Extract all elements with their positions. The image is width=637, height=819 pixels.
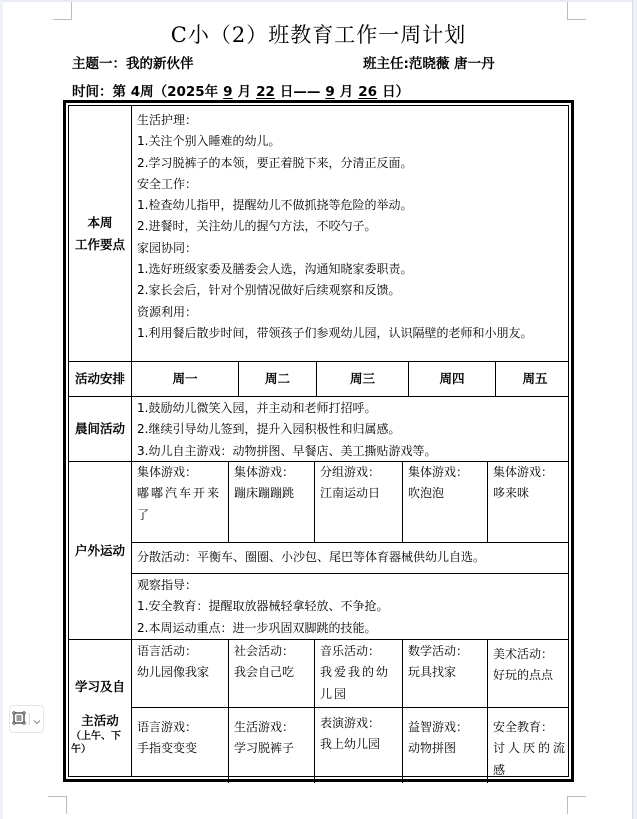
activity-type: 美术活动： (493, 644, 574, 665)
game-type: 集体游戏： (408, 462, 487, 483)
learning-mon-2: 语言游戏： 手指变变变 (132, 717, 228, 760)
margin-corner-mark (567, 796, 586, 814)
activity-type: 音乐活动： (320, 641, 399, 662)
activity-type: 益智游戏： (408, 717, 487, 738)
activity-name: 好玩的点点 (493, 665, 574, 686)
guidance-line: 观察指导： (137, 575, 568, 596)
guidance-line: 2.本周运动重点：进一步巩固双脚跳的技能。 (137, 618, 568, 639)
focus-line: 1.选好班级家委及膳委会人选，沟通知晓家委职责。 (137, 259, 568, 280)
outdoor-game-tuesday: 集体游戏： 蹦床蹦蹦跳 (229, 462, 314, 505)
activity-name: 我爱我的幼儿园 (320, 662, 399, 705)
theme-line: 主题一：我的新伙伴 (72, 52, 194, 72)
page-left-margin (0, 0, 3, 819)
learning-thu-1: 数学活动： 玩具找家 (403, 641, 487, 684)
row-divider (69, 639, 568, 640)
teacher-names: 范晓薇 唐一丹 (409, 56, 495, 72)
activity-type: 语言活动： (137, 641, 228, 662)
focus-line: 生活护理： (137, 110, 568, 131)
chevron-down-icon[interactable] (33, 710, 41, 729)
outdoor-game-friday: 集体游戏： 哆来咪 (488, 462, 574, 505)
schedule-label: 活动安排 (69, 362, 131, 396)
outdoor-game-wednesday: 分组游戏： 江南运动日 (315, 462, 402, 505)
weekly-focus-content: 生活护理： 1.关注个别入睡难的幼儿。 2.学习脱裤子的本领，要正着脱下来，分清… (132, 110, 568, 344)
focus-line: 1.检查幼儿指甲，提醒幼儿不做抓挠等危险的举动。 (137, 195, 568, 216)
day-thursday: 周四 (409, 362, 495, 396)
morning-line: 3.幼儿自主游戏：动物拼图、早餐店、美工撕贴游戏等。 (137, 441, 568, 462)
focus-line: 2.学习脱裤子的本领，要正着脱下来，分清正反面。 (137, 153, 568, 174)
row-divider (131, 573, 568, 574)
theme-label: 主题一： (72, 56, 126, 72)
theme-value: 我的新伙伴 (126, 56, 194, 72)
focus-line: 1.关注个别入睡难的幼儿。 (137, 131, 568, 152)
activity-type: 语言游戏： (137, 717, 228, 738)
outdoor-game-monday: 集体游戏： 嘟嘟汽车开来了 (132, 462, 228, 526)
end-day: 26 (353, 84, 382, 100)
activity-name: 学习脱裤子 (234, 738, 314, 759)
table-layout-button[interactable] (9, 705, 44, 733)
game-type: 集体游戏： (234, 462, 314, 483)
label-line: 主活动 (69, 710, 131, 731)
focus-line: 家园协同： (137, 238, 568, 259)
learning-mon-1: 语言活动： 幼儿园像我家 (132, 641, 228, 684)
table-frame-icon (12, 710, 26, 729)
activity-name: 我会自己吃 (234, 662, 314, 683)
label-line: 工作要点 (75, 234, 125, 256)
row-divider (131, 542, 568, 543)
teacher-label: 班主任: (363, 56, 409, 72)
morning-line: 1.鼓励幼儿微笑入园，并主动和老师打招呼。 (137, 398, 568, 419)
morning-line: 2.继续引导幼儿签到，提升入园积极性和归属感。 (137, 419, 568, 440)
game-type: 集体游戏： (137, 462, 224, 483)
activity-name: 幼儿园像我家 (137, 662, 228, 683)
game-type: 分组游戏： (320, 462, 402, 483)
learning-tue-1: 社会活动： 我会自己吃 (229, 641, 314, 684)
range-separator: 日—— (280, 84, 321, 100)
teacher-line: 班主任:范晓薇 唐一丹 (363, 52, 495, 72)
outdoor-guidance: 观察指导： 1.安全教育：提醒取放器械轻拿轻放、不争抢。 2.本周运动重点：进一… (132, 575, 568, 639)
margin-corner-mark (567, 2, 586, 20)
weekly-plan-table: 本周 工作要点 生活护理： 1.关注个别入睡难的幼儿。 2.学习脱裤子的本领，要… (63, 100, 574, 782)
activity-type: 数学活动： (408, 641, 487, 662)
day-monday: 周一 (132, 362, 238, 396)
game-name: 哆来咪 (493, 483, 574, 504)
activity-name: 玩具找家 (408, 662, 487, 683)
focus-line: 1.利用餐后散步时间，带领孩子们参观幼儿园，认识隔壁的老师和小朋友。 (137, 323, 568, 344)
app-top-strip (0, 0, 637, 2)
focus-line: 2.家长会后，针对个别情况做好后续观察和反馈。 (137, 280, 568, 301)
day-tuesday: 周二 (239, 362, 316, 396)
activity-name: 动物拼图 (408, 738, 487, 759)
end-month: 9 (320, 84, 339, 100)
button-separator (29, 713, 30, 725)
activity-type: 安全教育： (493, 717, 570, 738)
row-divider (69, 396, 568, 397)
label-note: （上午、下午） (71, 730, 129, 756)
learning-wed-1: 音乐活动： 我爱我的幼儿园 (315, 641, 402, 705)
game-name: 蹦床蹦蹦跳 (234, 483, 314, 504)
time-prefix: 时间：第 4周（2025年 (72, 84, 218, 100)
outdoor-free-play: 分散活动：平衡车、圈圈、小沙包、尾巴等体育器械供幼儿自选。 (132, 547, 568, 568)
month-char: 月 (238, 84, 252, 100)
learning-label: 学习及自 主活动 （上午、下午） (69, 640, 131, 782)
month-char: 月 (340, 84, 354, 100)
start-month: 9 (218, 84, 237, 100)
vertical-scrollbar[interactable] (632, 0, 637, 819)
outdoor-game-thursday: 集体游戏： 吹泡泡 (403, 462, 487, 505)
label-line: 本周 (87, 212, 112, 234)
game-name: 吹泡泡 (408, 483, 487, 504)
activity-name: 手指变变变 (137, 738, 228, 759)
guidance-line: 1.安全教育：提醒取放器械轻拿轻放、不争抢。 (137, 596, 568, 617)
game-type: 集体游戏： (493, 462, 574, 483)
morning-content: 1.鼓励幼儿微笑入园，并主动和老师打招呼。 2.继续引导幼儿签到，提升入园积极性… (132, 398, 568, 462)
day-friday: 周五 (496, 362, 574, 396)
time-suffix: 日） (382, 84, 409, 100)
focus-line: 资源利用： (137, 302, 568, 323)
document-title: C小（2）班教育工作一周计划 (0, 19, 637, 49)
focus-line: 2.进餐时，关注幼儿的握勺方法，不咬勺子。 (137, 216, 568, 237)
learning-thu-2: 益智游戏： 动物拼图 (403, 717, 487, 760)
activity-type: 社会活动： (234, 641, 314, 662)
learning-wed-2: 表演游戏： 我上幼儿园 (315, 713, 402, 756)
focus-line: 安全工作： (137, 174, 568, 195)
game-name: 江南运动日 (320, 483, 402, 504)
time-line: 时间：第 4周（2025年9月22日——9月26日） (72, 80, 409, 100)
learning-tue-2: 生活游戏： 学习脱裤子 (229, 717, 314, 760)
row-divider (131, 707, 568, 708)
weekly-focus-label: 本周 工作要点 (69, 106, 131, 361)
outdoor-label: 户外运动 (69, 462, 131, 639)
day-wednesday: 周三 (317, 362, 408, 396)
game-name: 嘟嘟汽车开来了 (137, 483, 224, 526)
label-line: 学习及自 (69, 676, 131, 697)
morning-label: 晨间活动 (69, 397, 131, 461)
start-day: 22 (251, 84, 280, 100)
activity-name: 讨人厌的流感 (493, 738, 570, 781)
activity-type: 表演游戏： (320, 713, 402, 734)
learning-fri-2: 安全教育： 讨人厌的流感 (488, 717, 574, 781)
table-inner: 本周 工作要点 生活护理： 1.关注个别入睡难的幼儿。 2.学习脱裤子的本领，要… (68, 105, 569, 777)
learning-fri-1: 美术活动： 好玩的点点 (488, 644, 574, 687)
margin-corner-mark (53, 2, 72, 20)
margin-corner-mark (48, 796, 67, 814)
activity-name: 我上幼儿园 (320, 734, 402, 755)
activity-type: 生活游戏： (234, 717, 314, 738)
